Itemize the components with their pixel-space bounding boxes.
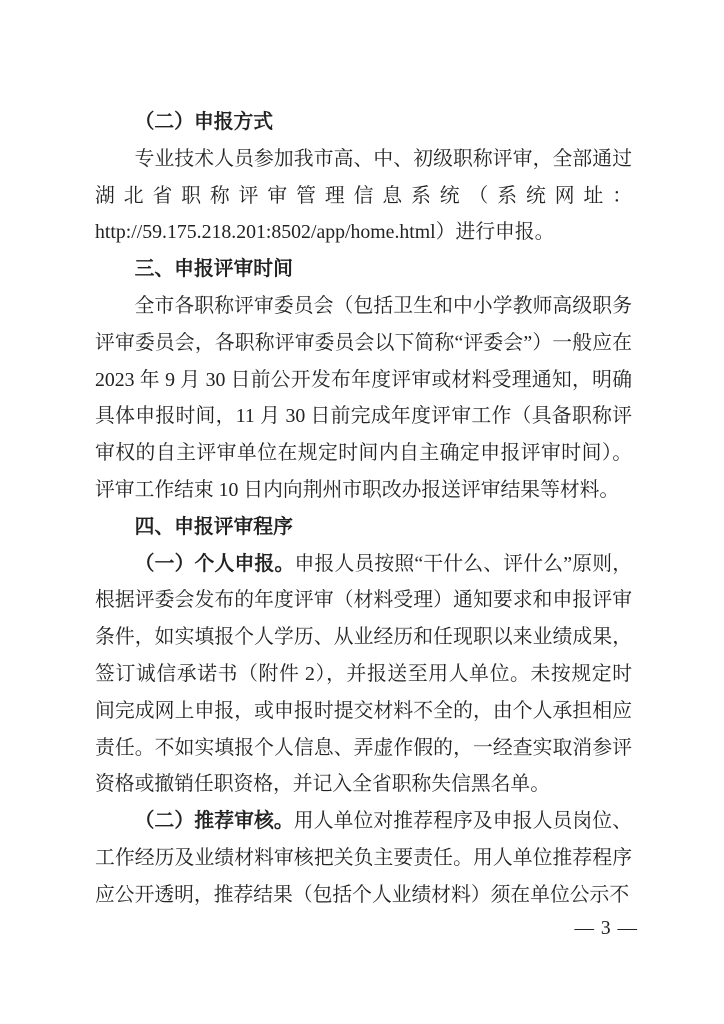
heading-review-time: 三、申报评审时间: [95, 251, 632, 288]
lead-recommendation-review: （二）推荐审核。: [135, 810, 294, 832]
paragraph-review-time: 全市各职称评审委员会（包括卫生和中小学教师高级职务评审委员会，各职称评审委员会以…: [95, 288, 632, 509]
paragraph-recommendation-review: （二）推荐审核。用人单位对推荐程序及申报人员岗位、工作经历及业绩材料审核把关负主…: [95, 803, 632, 913]
paragraph-individual-application: （一）个人申报。申报人员按照“干什么、评什么”原则，根据评委会发布的年度评审（材…: [95, 546, 632, 804]
page-number: — 3 —: [575, 913, 639, 945]
heading-review-procedure: 四、申报评审程序: [95, 509, 632, 546]
system-url-text: http://59.175.218.201:8502/app/home.html: [95, 221, 436, 243]
paragraph-text-after-url: ）进行申报。: [436, 221, 555, 243]
paragraph-text: 申报人员按照“干什么、评什么”原则，根据评委会发布的年度评审（材料受理）通知要求…: [95, 553, 632, 796]
paragraph-application-method: 专业技术人员参加我市高、中、初级职称评审，全部通过湖北省职称评审管理信息系统（系…: [95, 141, 632, 251]
subheading-application-method: （二）申报方式: [95, 104, 632, 141]
document-page: （二）申报方式 专业技术人员参加我市高、中、初级职称评审，全部通过湖北省职称评审…: [0, 0, 724, 1024]
paragraph-text-before-url: 专业技术人员参加我市高、中、初级职称评审，全部通过湖北省职称评审管理信息系统（系…: [95, 148, 632, 207]
lead-individual-application: （一）个人申报。: [135, 553, 295, 575]
document-content: （二）申报方式 专业技术人员参加我市高、中、初级职称评审，全部通过湖北省职称评审…: [95, 104, 632, 914]
